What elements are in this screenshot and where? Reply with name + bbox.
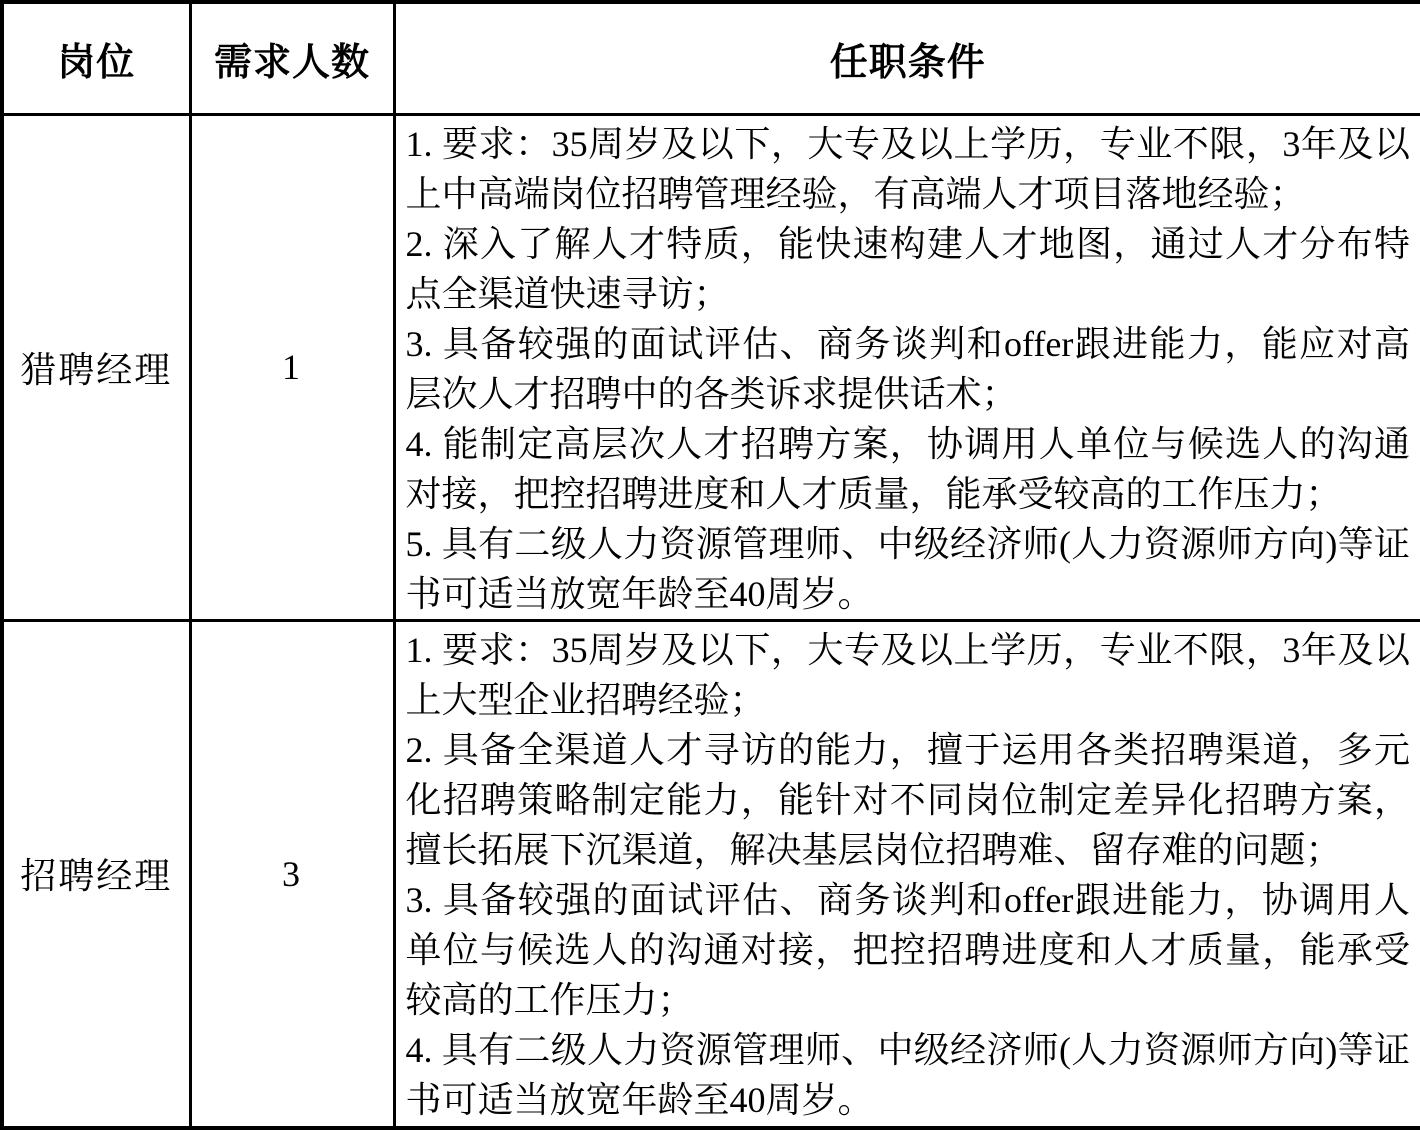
header-cell-position: 岗位 — [2, 2, 190, 114]
position-cell: 招聘经理 — [2, 620, 190, 1128]
requirement-item: 3. 具备较强的面试评估、商务谈判和offer跟进能力，协调用人单位与候选人的沟… — [406, 875, 1411, 1025]
requirement-item: 4. 能制定高层次人才招聘方案，协调用人单位与候选人的沟通对接，把控招聘进度和人… — [406, 419, 1411, 519]
requirement-item: 2. 深入了解人才特质，能快速构建人才地图，通过人才分布特点全渠道快速寻访； — [406, 219, 1411, 319]
requirement-item: 5. 具有二级人力资源管理师、中级经济师(人力资源师方向)等证书可适当放宽年龄至… — [406, 519, 1411, 619]
header-cell-requirements: 任职条件 — [394, 2, 1420, 114]
headcount-cell: 3 — [190, 620, 394, 1128]
position-cell: 猎聘经理 — [2, 114, 190, 620]
requirement-item: 4. 具有二级人力资源管理师、中级经济师(人力资源师方向)等证书可适当放宽年龄至… — [406, 1025, 1411, 1125]
headcount-cell: 1 — [190, 114, 394, 620]
header-row: 岗位 需求人数 任职条件 — [2, 2, 1420, 114]
header-cell-headcount: 需求人数 — [190, 2, 394, 114]
recruitment-table: 岗位 需求人数 任职条件 猎聘经理 1 1. 要求：35周岁及以下，大专及以上学… — [0, 0, 1420, 1130]
table-row-liepin-manager: 猎聘经理 1 1. 要求：35周岁及以下，大专及以上学历，专业不限，3年及以上中… — [2, 114, 1420, 620]
requirements-cell: 1. 要求：35周岁及以下，大专及以上学历，专业不限，3年及以上中高端岗位招聘管… — [394, 114, 1420, 620]
requirement-item: 3. 具备较强的面试评估、商务谈判和offer跟进能力，能应对高层次人才招聘中的… — [406, 319, 1411, 419]
requirement-item: 2. 具备全渠道人才寻访的能力，擅于运用各类招聘渠道，多元化招聘策略制定能力，能… — [406, 725, 1411, 875]
requirement-item: 1. 要求：35周岁及以下，大专及以上学历，专业不限，3年及以上中高端岗位招聘管… — [406, 119, 1411, 219]
table-row-recruiting-manager: 招聘经理 3 1. 要求：35周岁及以下，大专及以上学历，专业不限，3年及以上大… — [2, 620, 1420, 1128]
requirement-item: 1. 要求：35周岁及以下，大专及以上学历，专业不限，3年及以上大型企业招聘经验… — [406, 625, 1411, 725]
requirements-cell: 1. 要求：35周岁及以下，大专及以上学历，专业不限，3年及以上大型企业招聘经验… — [394, 620, 1420, 1128]
